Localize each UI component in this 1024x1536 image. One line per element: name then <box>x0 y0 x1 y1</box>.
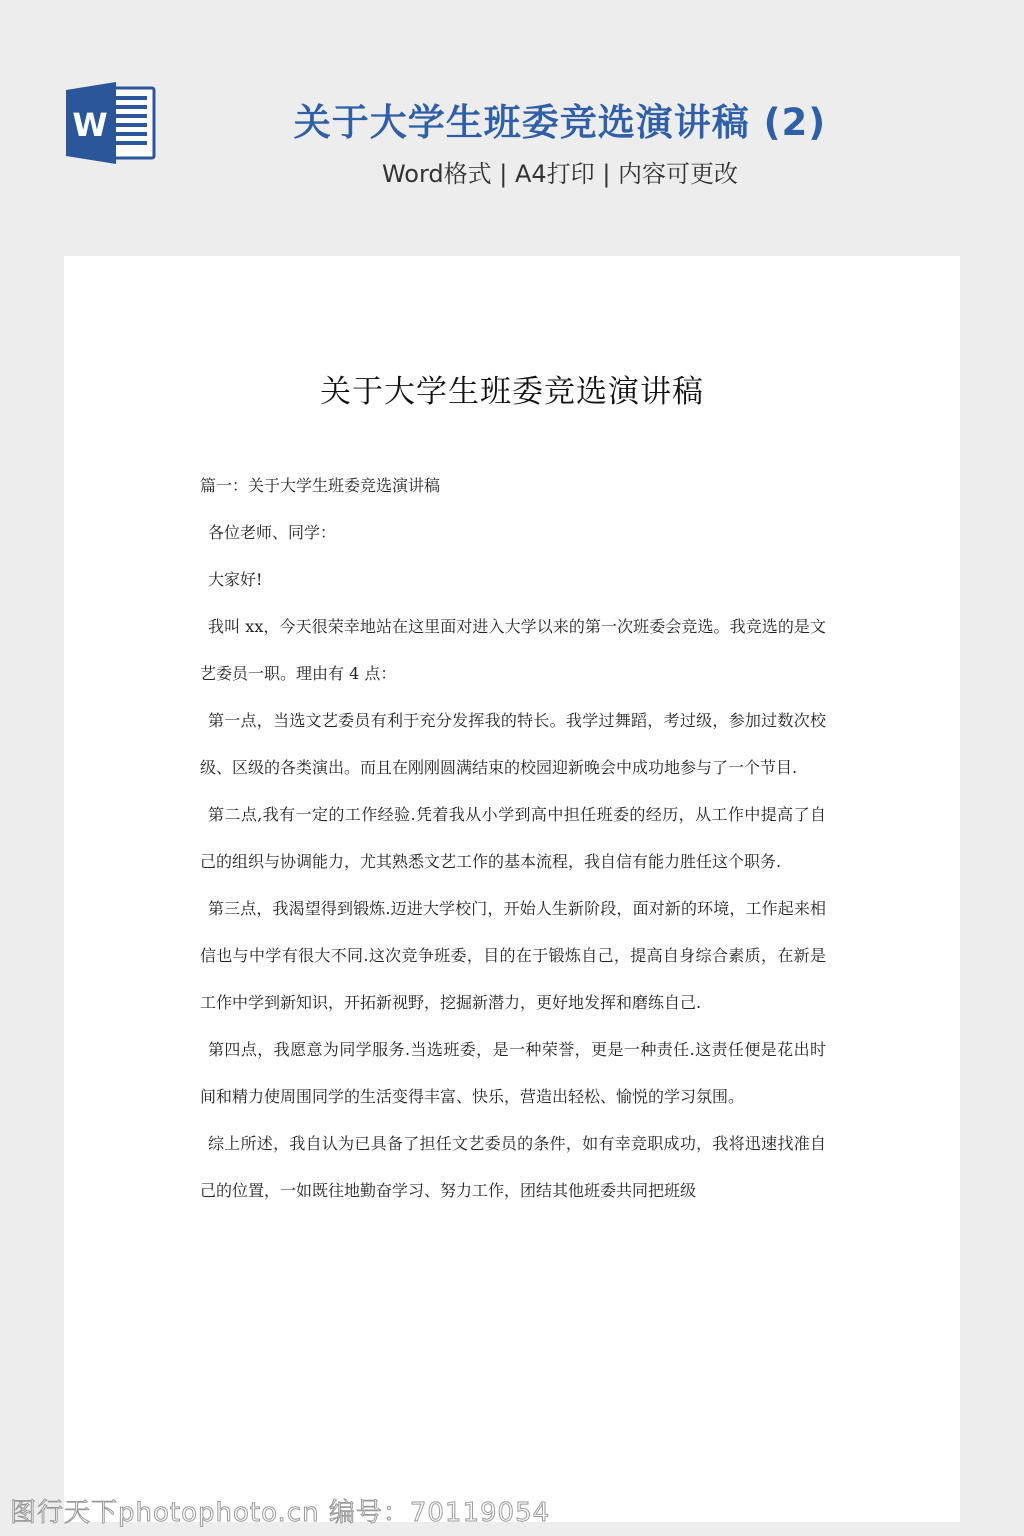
paragraph-point-2: 第二点,我有一定的工作经验.凭着我从小学到高中担任班委的经历，从工作中提高了自己… <box>200 791 826 885</box>
word-document-icon: W <box>64 80 156 166</box>
header: W 关于大学生班委竞选演讲稿 (2) Word格式 | A4打印 | 内容可更改 <box>0 0 1024 256</box>
paragraph-hello: 大家好! <box>200 556 826 603</box>
paragraph-heading: 篇一：关于大学生班委竞选演讲稿 <box>200 462 826 509</box>
document-title: 关于大学生班委竞选演讲稿 <box>64 366 960 411</box>
paragraph-greeting: 各位老师、同学： <box>200 509 826 556</box>
paragraph-point-1: 第一点，当选文艺委员有利于充分发挥我的特长。我学过舞蹈，考过级，参加过数次校级、… <box>200 697 826 791</box>
document-page: 关于大学生班委竞选演讲稿 篇一：关于大学生班委竞选演讲稿 各位老师、同学： 大家… <box>64 256 960 1522</box>
paragraph-summary: 综上所述，我自认为已具备了担任文艺委员的条件，如有幸竞职成功，我将迅速找准自己的… <box>200 1120 826 1214</box>
paragraph-point-4: 第四点，我愿意为同学服务.当选班委，是一种荣誉，更是一种责任.这责任便是花出时间… <box>200 1026 826 1120</box>
svg-text:W: W <box>72 106 107 144</box>
watermark-text: 图行天下photophoto.cn 编号：70119054 <box>10 1492 550 1529</box>
header-title: 关于大学生班委竞选演讲稿 (2) <box>270 92 850 146</box>
paragraph-intro: 我叫 xx，今天很荣幸地站在这里面对进入大学以来的第一次班委会竞选。我竞选的是文… <box>200 603 826 697</box>
header-subtitle: Word格式 | A4打印 | 内容可更改 <box>270 154 850 189</box>
paragraph-point-3: 第三点，我渴望得到锻炼.迈进大学校门，开始人生新阶段，面对新的环境，工作起来相信… <box>200 885 826 1026</box>
document-body: 篇一：关于大学生班委竞选演讲稿 各位老师、同学： 大家好! 我叫 xx，今天很荣… <box>200 462 826 1214</box>
